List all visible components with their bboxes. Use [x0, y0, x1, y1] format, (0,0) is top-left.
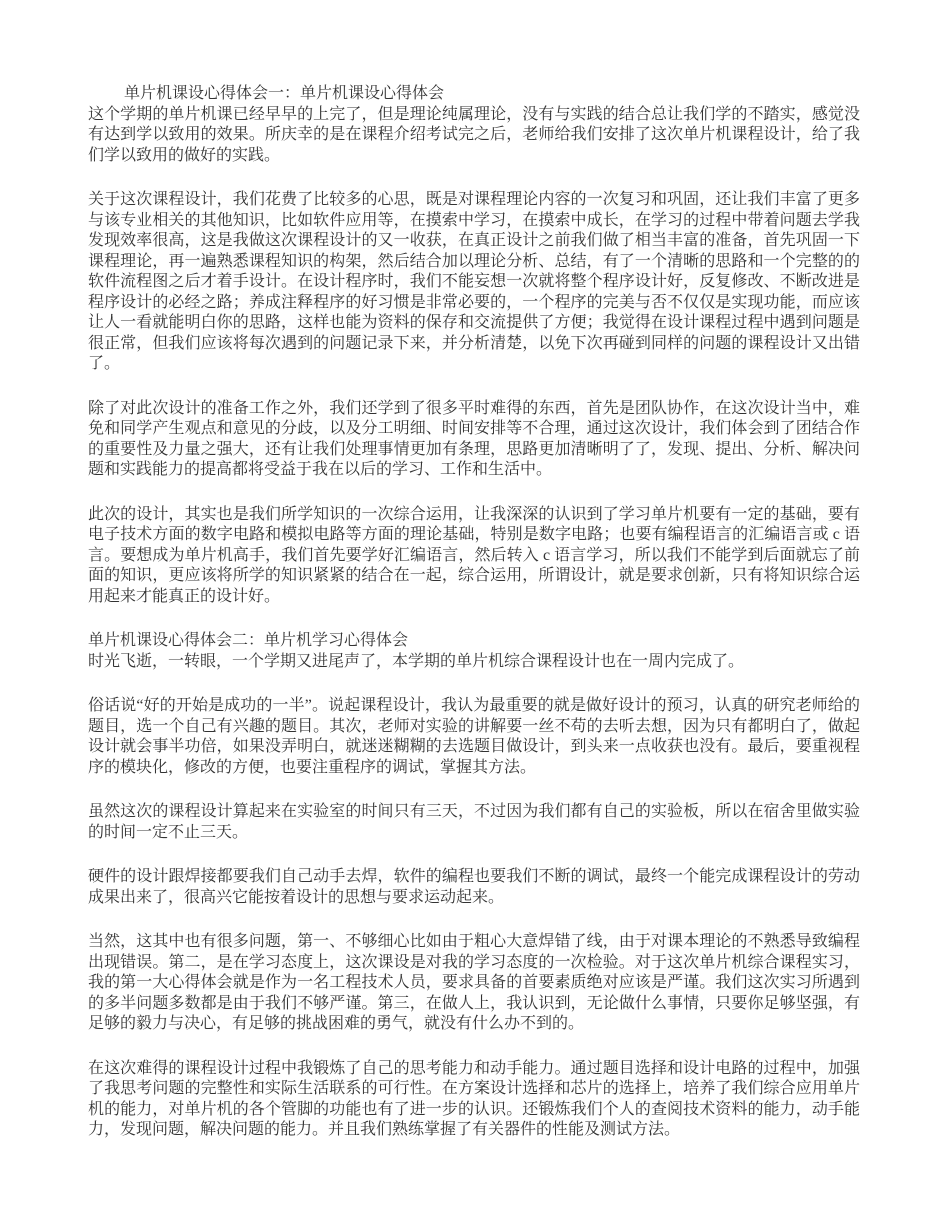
section2-paragraph-2: 虽然这次的课程设计算起来在实验室的时间只有三天，不过因为我们都有自己的实验板，所…	[88, 802, 860, 843]
section2-paragraph-3: 硬件的设计跟焊接都要我们自己动手去焊，软件的编程也要我们不断的调试，最终一个能完…	[88, 867, 860, 908]
section2-paragraph-5: 在这次难得的课程设计过程中我锻炼了自己的思考能力和动手能力。通过题目选择和设计电…	[88, 1059, 860, 1141]
section1-paragraph-2: 关于这次课程设计，我们花费了比较多的心思，既是对课程理论内容的一次复习和巩固，还…	[88, 190, 860, 375]
section2-paragraph-4: 当然，这其中也有很多问题，第一、不够细心比如由于粗心大意焊错了线，由于对课本理论…	[88, 932, 860, 1035]
section1-paragraph-3: 除了对此次设计的准备工作之外，我们还学到了很多平时难得的东西，首先是团队协作，在…	[88, 399, 860, 481]
section1-heading: 单片机课设心得体会一：单片机课设心得体会	[88, 84, 860, 105]
section2-heading: 单片机课设心得体会二：单片机学习心得体会	[88, 631, 860, 652]
section1-paragraph-4: 此次的设计，其实也是我们所学知识的一次综合运用，让我深深的认识到了学习单片机要有…	[88, 505, 860, 608]
section2-paragraph-1: 俗话说“好的开始是成功的一半”。说起课程设计，我认为最重要的就是做好设计的预习，…	[88, 696, 860, 778]
section1-paragraph-1: 这个学期的单片机课已经早早的上完了，但是理论纯属理论，没有与实践的结合总让我们学…	[88, 105, 860, 167]
document-page: 单片机课设心得体会一：单片机课设心得体会 这个学期的单片机课已经早早的上完了，但…	[88, 84, 860, 1141]
section2-lead-paragraph: 时光飞逝，一转眼，一个学期又进尾声了，本学期的单片机综合课程设计也在一周内完成了…	[88, 652, 860, 673]
